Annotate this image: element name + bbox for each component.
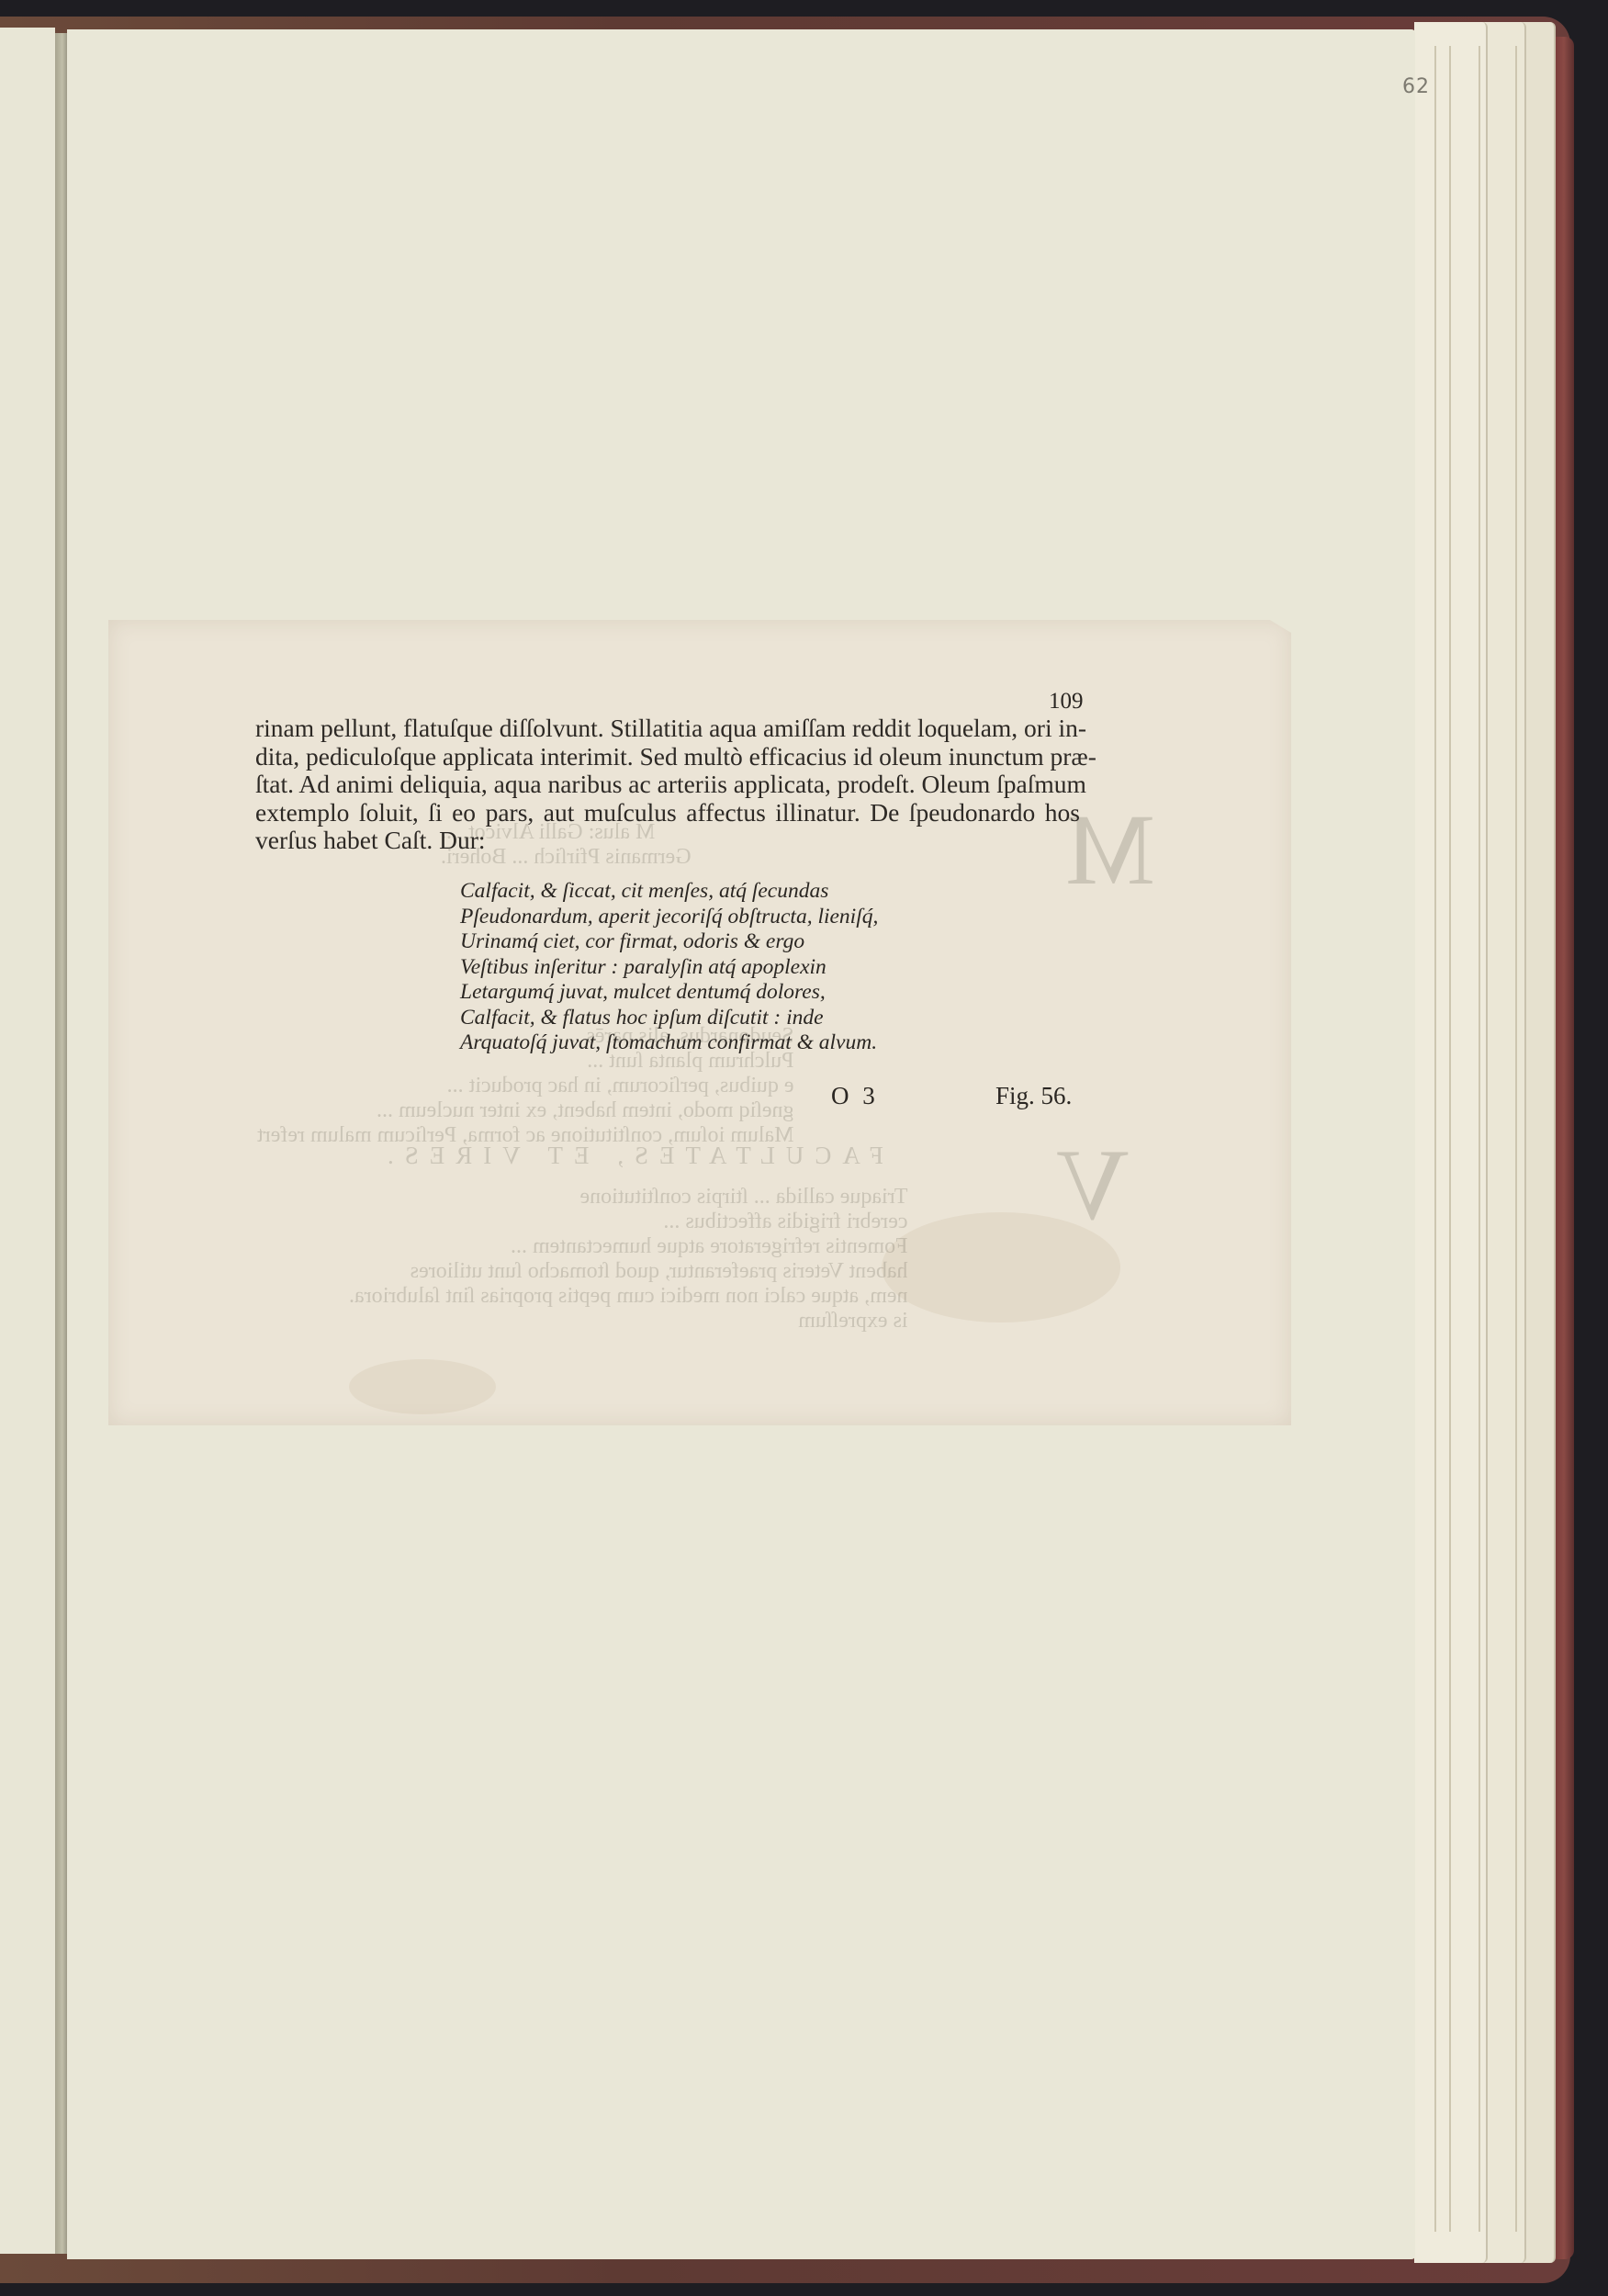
verse-line: Arquatoſq́ juvat, ſtomachum confirmat & … (460, 1030, 878, 1056)
page-edge-line (1449, 46, 1451, 2232)
bleed-line: gneſiq modo, intem habent, ex inter nucl… (257, 1098, 794, 1123)
verse-line: Veſtibus inſeritur : paralyſin atq́ apop… (460, 955, 878, 981)
bleed-through-block: Triaque callida ... ſtirpis conſtitution… (349, 1185, 907, 1334)
prose-line: ſtat. Ad animi deliquia, aqua naribus ac… (255, 771, 1080, 799)
page-stack-edge (1414, 22, 1488, 2263)
verse-line: Letargumq́ juvat, mulcet dentumq́ dolore… (460, 980, 878, 1006)
signature-mark: O 3 (831, 1082, 879, 1110)
verse-line: Calfacit, & ſiccat, cit menſes, atq́ ſec… (460, 879, 878, 905)
prose-line: extemplo ſoluit, ſi eo pars, aut muſculu… (255, 799, 1080, 827)
stain (349, 1359, 496, 1414)
verse-line: Urinamq́ ciet, cor firmat, odoris & ergo (460, 929, 878, 955)
bleed-through-initial: V (1056, 1139, 1129, 1231)
bleed-through-heading: FACULTATES, ET VIRES. (377, 1142, 883, 1170)
binding-gutter (55, 33, 67, 2254)
left-page-strip (0, 28, 55, 2254)
figure-label: Fig. 56. (995, 1082, 1072, 1110)
verse-line: Calfacit, & flatus hoc ipſum diſcutit : … (460, 1006, 878, 1031)
prose-line: verſus habet Caſt. Dur: (255, 827, 1080, 855)
prose-paragraph: rinam pellunt, flatuſque diſſolvunt. Sti… (255, 715, 1080, 855)
page-edge-line (1515, 46, 1517, 2232)
bleed-line: is expreſſum (349, 1309, 907, 1334)
bleed-line: e quibus, perſicorum, in hac producit ..… (257, 1074, 794, 1098)
bleed-line: Triaque callida ... ſtirpis conſtitution… (349, 1185, 907, 1210)
folio-annotation: 62 (1402, 75, 1430, 98)
prose-line: dita, pediculoſque applicata interimit. … (255, 743, 1080, 771)
bleed-line: cerebri frigidis affectibus ... (349, 1210, 907, 1234)
cover-edge (1554, 37, 1574, 2259)
verse-block: Calfacit, & ſiccat, cit menſes, atq́ ſec… (460, 879, 878, 1056)
prose-line: rinam pellunt, flatuſque diſſolvunt. Sti… (255, 715, 1080, 743)
bleed-line: nem, atque calci non medici cum peptis p… (349, 1284, 907, 1309)
page-edge-line (1434, 46, 1436, 2232)
page-edge-line (1479, 46, 1480, 2232)
bleed-line: habent Veteris praeferantur, quod ſtomac… (349, 1259, 907, 1284)
verse-line: Pſeudonardum, aperit jecoriſq́ obſtructa… (460, 905, 878, 930)
page-number: 109 (1049, 689, 1084, 715)
bleed-line: Fomentis refrigeratore atque humectantem… (349, 1234, 907, 1259)
